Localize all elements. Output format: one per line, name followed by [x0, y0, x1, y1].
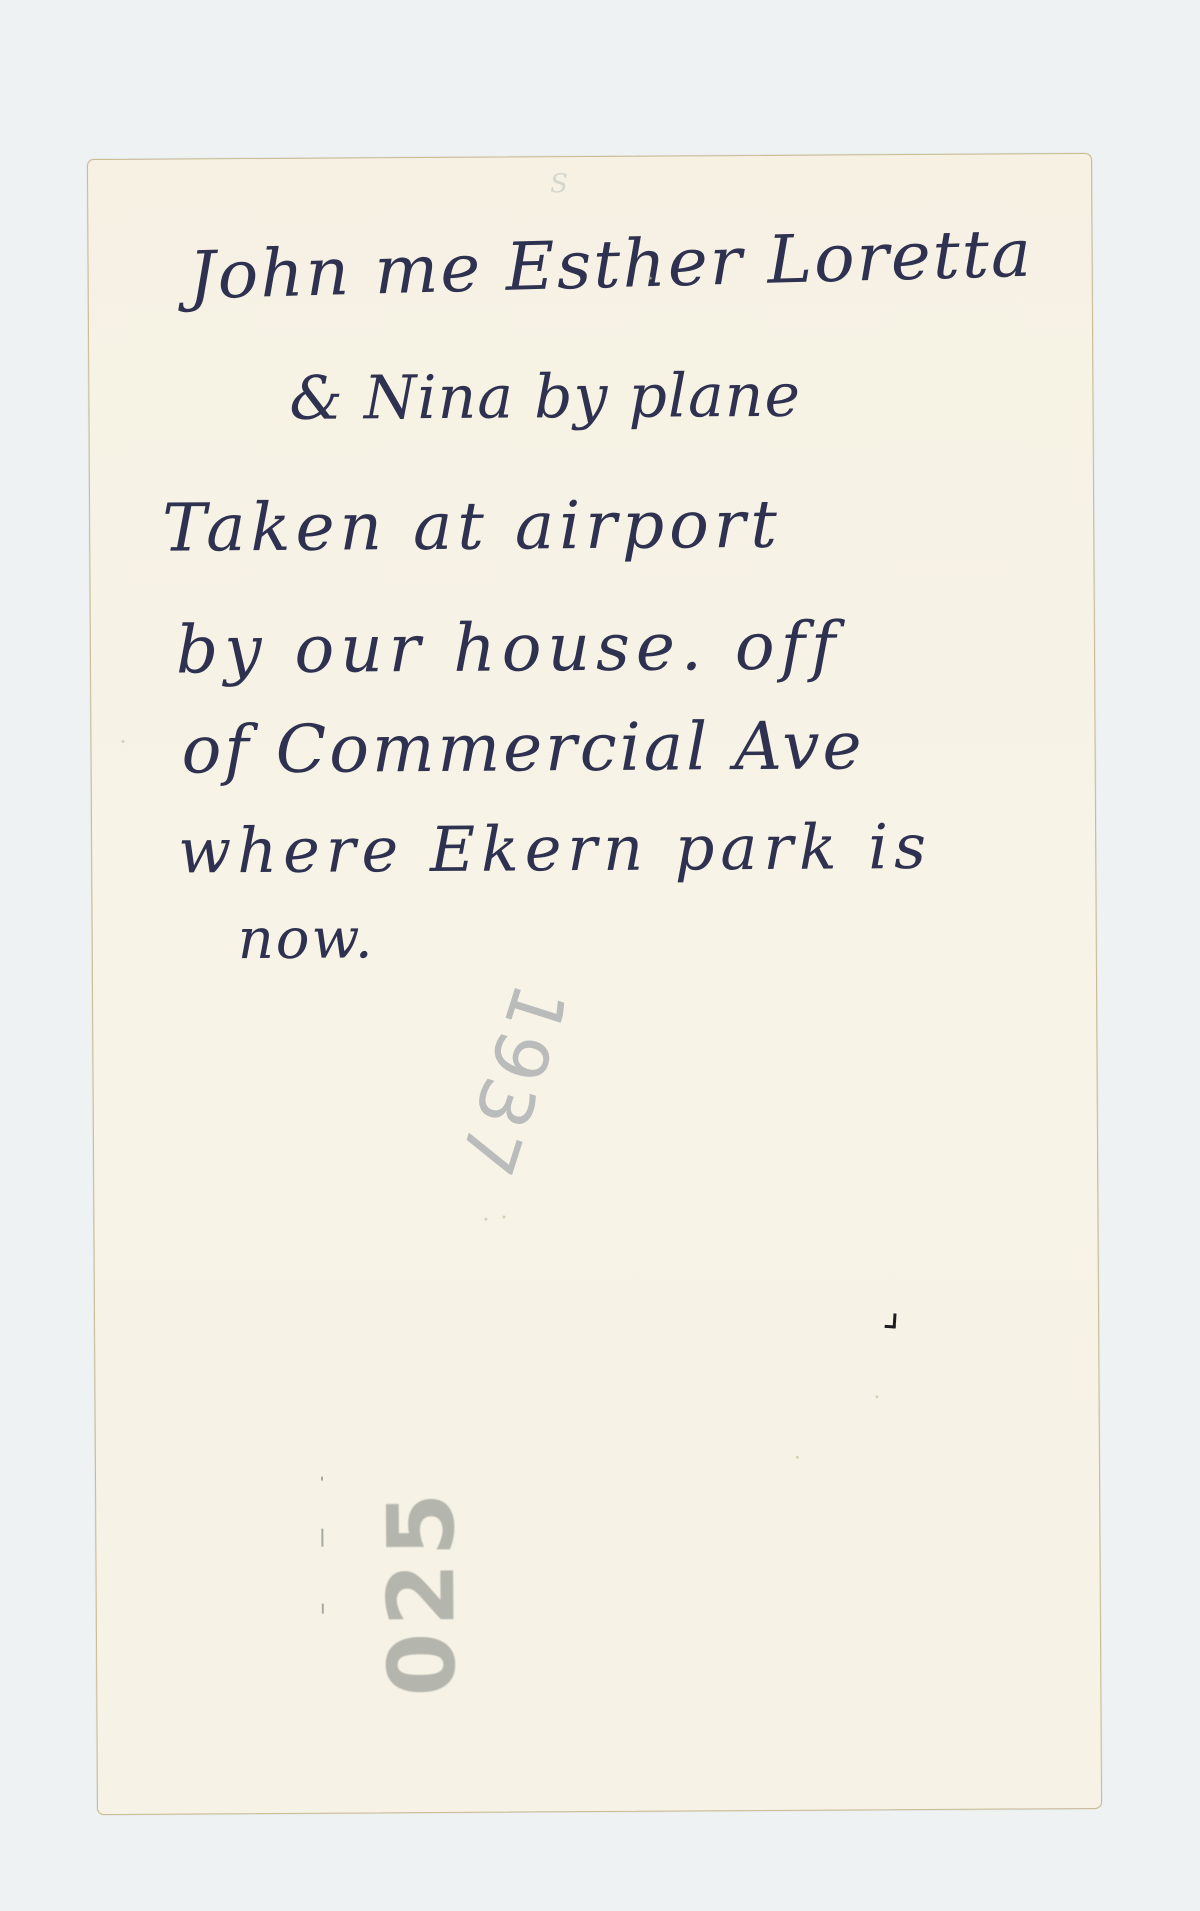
pencil-corner-mark: S — [550, 169, 568, 199]
stamp-tick-mark — [321, 1529, 323, 1547]
inscription-line-5: of Commercial Ave — [181, 707, 864, 788]
dust-speck — [876, 1395, 879, 1398]
inscription-line-2: & Nina by plane — [289, 361, 801, 434]
inscription-line-3: Taken at airport — [162, 486, 782, 567]
pencil-year-note: 1937 — [441, 974, 582, 1187]
ink-check-mark — [885, 1313, 897, 1329]
dust-speck — [502, 1216, 505, 1219]
dust-speck — [796, 1456, 799, 1459]
inscription-line-6: where Ekern park is — [178, 810, 932, 888]
dust-speck — [121, 740, 124, 743]
dust-speck — [649, 277, 652, 280]
handwritten-inscription: John me Esther Loretta & Nina by plane T… — [88, 154, 1091, 160]
inscription-line-4: by our house. off — [176, 607, 842, 688]
photo-card-back: S John me Esther Loretta & Nina by plane… — [87, 153, 1102, 1815]
dust-speck — [484, 1218, 487, 1221]
stamp-tick-mark — [321, 1477, 323, 1481]
stamped-number: 025 — [368, 1486, 476, 1697]
stamp-tick-mark — [322, 1604, 324, 1614]
inscription-line-7: now. — [238, 906, 375, 972]
inscription-line-1: John me Esther Loretta — [188, 215, 1034, 315]
